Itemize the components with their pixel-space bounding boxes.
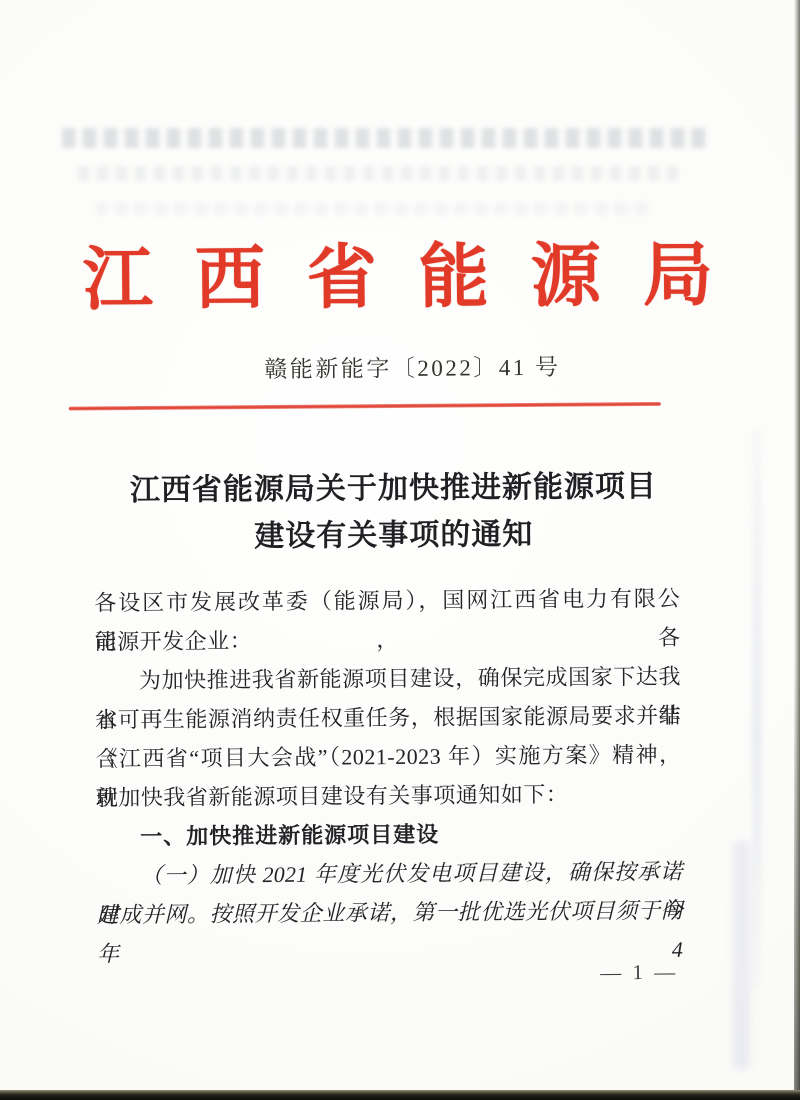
document-title: 江西省能源局关于加快推进新能源项目 建设有关事项的通知 bbox=[0, 462, 794, 562]
scanned-document-page: 江西省能源局 赣能新能字〔2022〕41 号 江西省能源局关于加快推进新能源项目… bbox=[0, 0, 800, 1100]
salutation-line: 各设区市发展改革委（能源局），国网江西省电力有限公司，各 bbox=[94, 579, 680, 623]
page-number: — 1 — bbox=[600, 958, 678, 987]
body-line: （一）加快 2021 年度光伏发电项目建设，确保按承诺时间 bbox=[96, 852, 682, 896]
scan-edge-bottom bbox=[0, 1090, 800, 1100]
document-body: 各设区市发展改革委（能源局），国网江西省电力有限公司，各 能源开发企业： 为加快… bbox=[94, 579, 683, 935]
agency-name-header: 江西省能源局 bbox=[0, 237, 798, 321]
section-heading: 一、加快推进新能源项目建设 bbox=[96, 813, 682, 857]
red-separator-line bbox=[69, 402, 661, 411]
body-line: 水可再生能源消纳责任权重任务，根据国家能源局要求并结合 bbox=[95, 696, 681, 740]
body-line: 就加快我省新能源项目建设有关事项通知如下： bbox=[96, 774, 682, 818]
body-line: 《江西省“项目大会战”（2021-2023 年）实施方案》精神，现 bbox=[95, 735, 681, 779]
document-title-line-1: 江西省能源局关于加快推进新能源项目 bbox=[0, 462, 794, 515]
document-content: 江西省能源局 赣能新能字〔2022〕41 号 江西省能源局关于加快推进新能源项目… bbox=[0, 0, 800, 1100]
document-title-line-2: 建设有关事项的通知 bbox=[0, 509, 794, 562]
scan-edge-right bbox=[794, 0, 800, 1100]
body-line: 为加快推进我省新能源项目建设，确保完成国家下达我省非 bbox=[95, 657, 681, 701]
body-line: 建成并网。按照开发企业承诺，第一批优选光伏项目须于今年 4 bbox=[97, 891, 683, 935]
document-reference-number: 赣能新能字〔2022〕41 号 bbox=[12, 349, 800, 389]
